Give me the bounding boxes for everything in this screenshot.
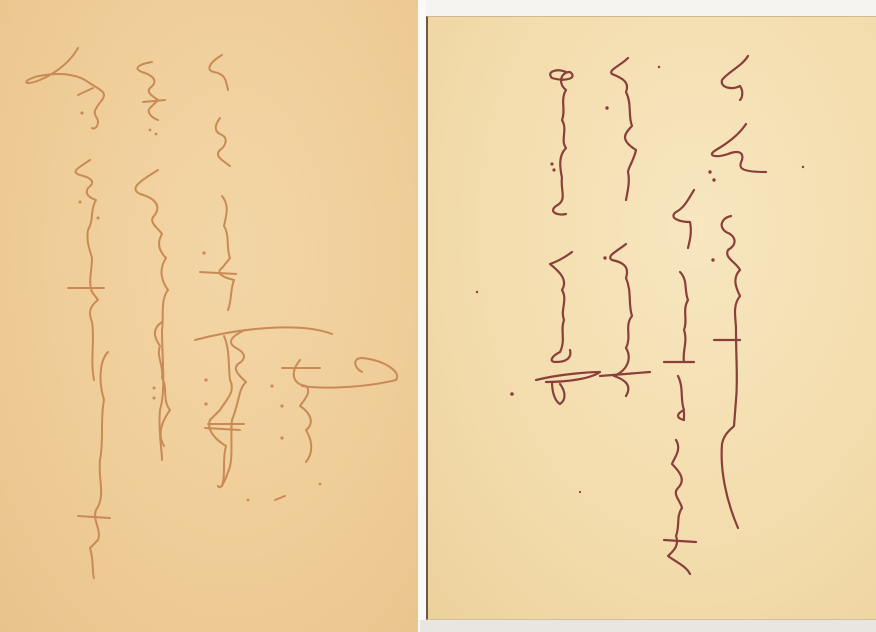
scanner-bed-strip xyxy=(420,620,876,632)
scanned-document-scene: Left sheet xyxy=(0,0,876,632)
right-sheet-handwriting xyxy=(0,0,876,632)
right-ink-dots xyxy=(476,66,804,493)
right-ink-strokes xyxy=(536,56,766,574)
